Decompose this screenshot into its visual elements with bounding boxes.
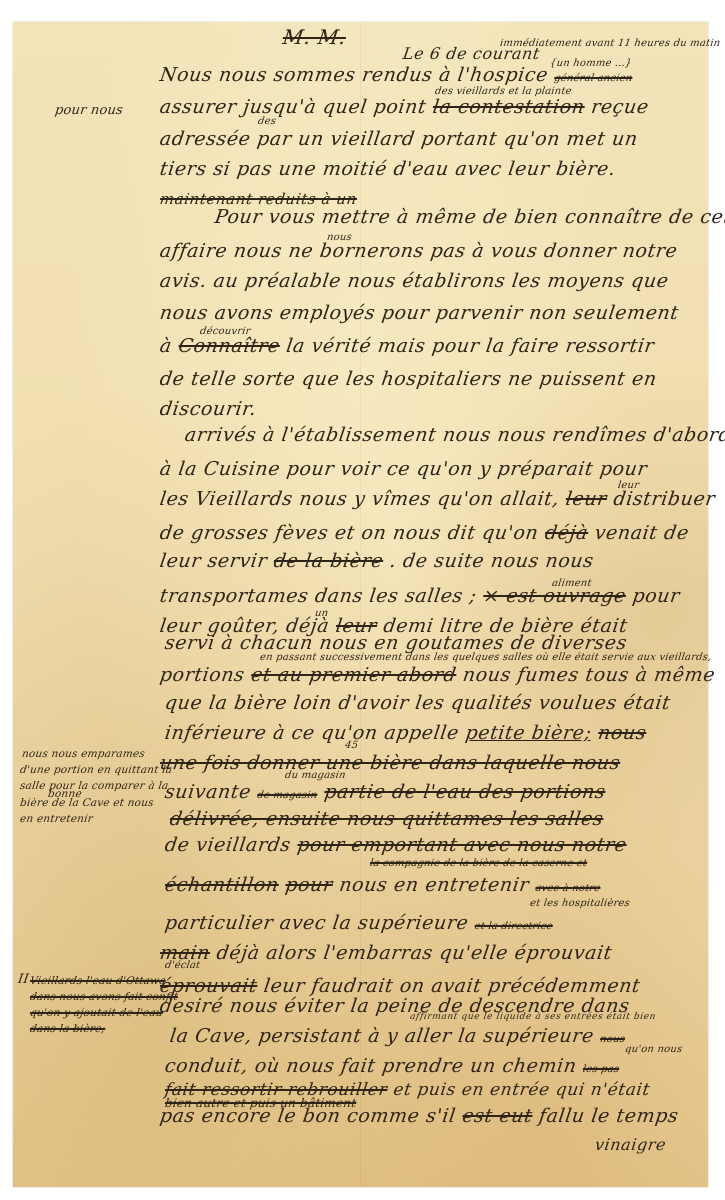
line-6: Pour vous mettre à même de bien connaîtr…	[213, 206, 725, 228]
line-4: tiers si pas une moitié d'eau avec leur …	[158, 158, 617, 180]
line-18: transportames dans les salles ; × est ou…	[158, 585, 681, 607]
insert-l26: du magasin	[284, 770, 346, 781]
insert-line-21: en passant successivement dans les quelq…	[259, 652, 712, 663]
struck-title: M. M.	[281, 25, 347, 49]
line-34: éprouvait leur faudrait on avait précéde…	[158, 975, 641, 997]
line-17: leur servir de la bière . de suite nous …	[158, 550, 595, 572]
insert-l18: aliment	[551, 578, 592, 589]
insert-l25: 45	[344, 740, 359, 751]
insert-l1: {un homme ...}	[549, 58, 632, 69]
line-42: pas encore le bon comme s'il est eut fal…	[158, 1105, 680, 1127]
insert-l19: un	[314, 608, 329, 619]
line-28: de vieillards pour emportant avec nous n…	[163, 834, 628, 856]
line-3: adressée par un vieillard portant qu'on …	[158, 128, 639, 150]
line-26: suivante de magasin partie de l'eau des …	[163, 781, 606, 803]
line-9: nous avons employés pour parvenir non se…	[158, 302, 680, 324]
insert-line-31: et les hospitalières	[529, 898, 630, 909]
line-12: discourir.	[158, 398, 258, 420]
line-16: de grosses fèves et on nous dit qu'on dé…	[158, 522, 690, 544]
line-22: portions et au premier abord nous fumes …	[158, 664, 716, 686]
line-7: affaire nous ne bornerons pas à vous don…	[158, 240, 679, 262]
margin-pour-nous: pour nous	[54, 103, 124, 118]
insert-l15: leur	[617, 480, 640, 491]
line-23: que la bière loin d'avoir les qualités v…	[163, 692, 672, 714]
line-13: arrivés à l'établissement nous nous rend…	[183, 424, 725, 446]
insert-l2: des vieillards et la plainte	[434, 86, 572, 97]
insert-l34: d'éclat	[164, 960, 201, 971]
line-20: servi à chacun nous en goutames de diver…	[163, 632, 628, 654]
insert-l7: nous	[326, 232, 352, 243]
line-43: vinaigre	[594, 1135, 668, 1154]
line-15: les Vieillards nous y vîmes qu'on allait…	[158, 488, 716, 510]
insert-line-29: la compagnie de la bière de la caserne e…	[369, 858, 588, 869]
insert-l3: des	[257, 116, 277, 127]
line-2: assurer jusqu'à quel point la contestati…	[158, 96, 650, 118]
line-25: une fois donner une bière dans laquelle …	[158, 752, 621, 774]
line-24: inférieure à ce qu'on appelle petite biè…	[163, 722, 647, 744]
insert-line-38: qu'on nous	[624, 1044, 683, 1055]
line-30: échantillon pour nous en entretenir avec…	[163, 874, 602, 896]
line-10: à Connaître la vérité mais pour la faire…	[158, 335, 655, 357]
line-27: délivrée, ensuite nous quittames les sal…	[168, 808, 604, 830]
dateline-insert: immédiatement avant 11 heures du matin	[499, 38, 721, 49]
line-32: particulier avec la supérieure et la dir…	[163, 912, 554, 934]
line-33: main déjà alors l'embarras qu'elle éprou…	[158, 942, 613, 964]
line-14: à la Cuisine pour voir ce qu'on y prépar…	[158, 458, 648, 480]
insert-l10: découvrir	[199, 326, 251, 337]
insert-line-36: affirmant que le liquide à ses entrées é…	[409, 1012, 656, 1022]
line-39: conduit, où nous fait prendre un chemin …	[163, 1055, 621, 1077]
line-37: la Cave, persistant à y aller la supérie…	[168, 1025, 626, 1047]
line-8: avis. au préalable nous établirons les m…	[158, 270, 670, 292]
line-11: de telle sorte que les hospitaliers ne p…	[158, 368, 658, 390]
